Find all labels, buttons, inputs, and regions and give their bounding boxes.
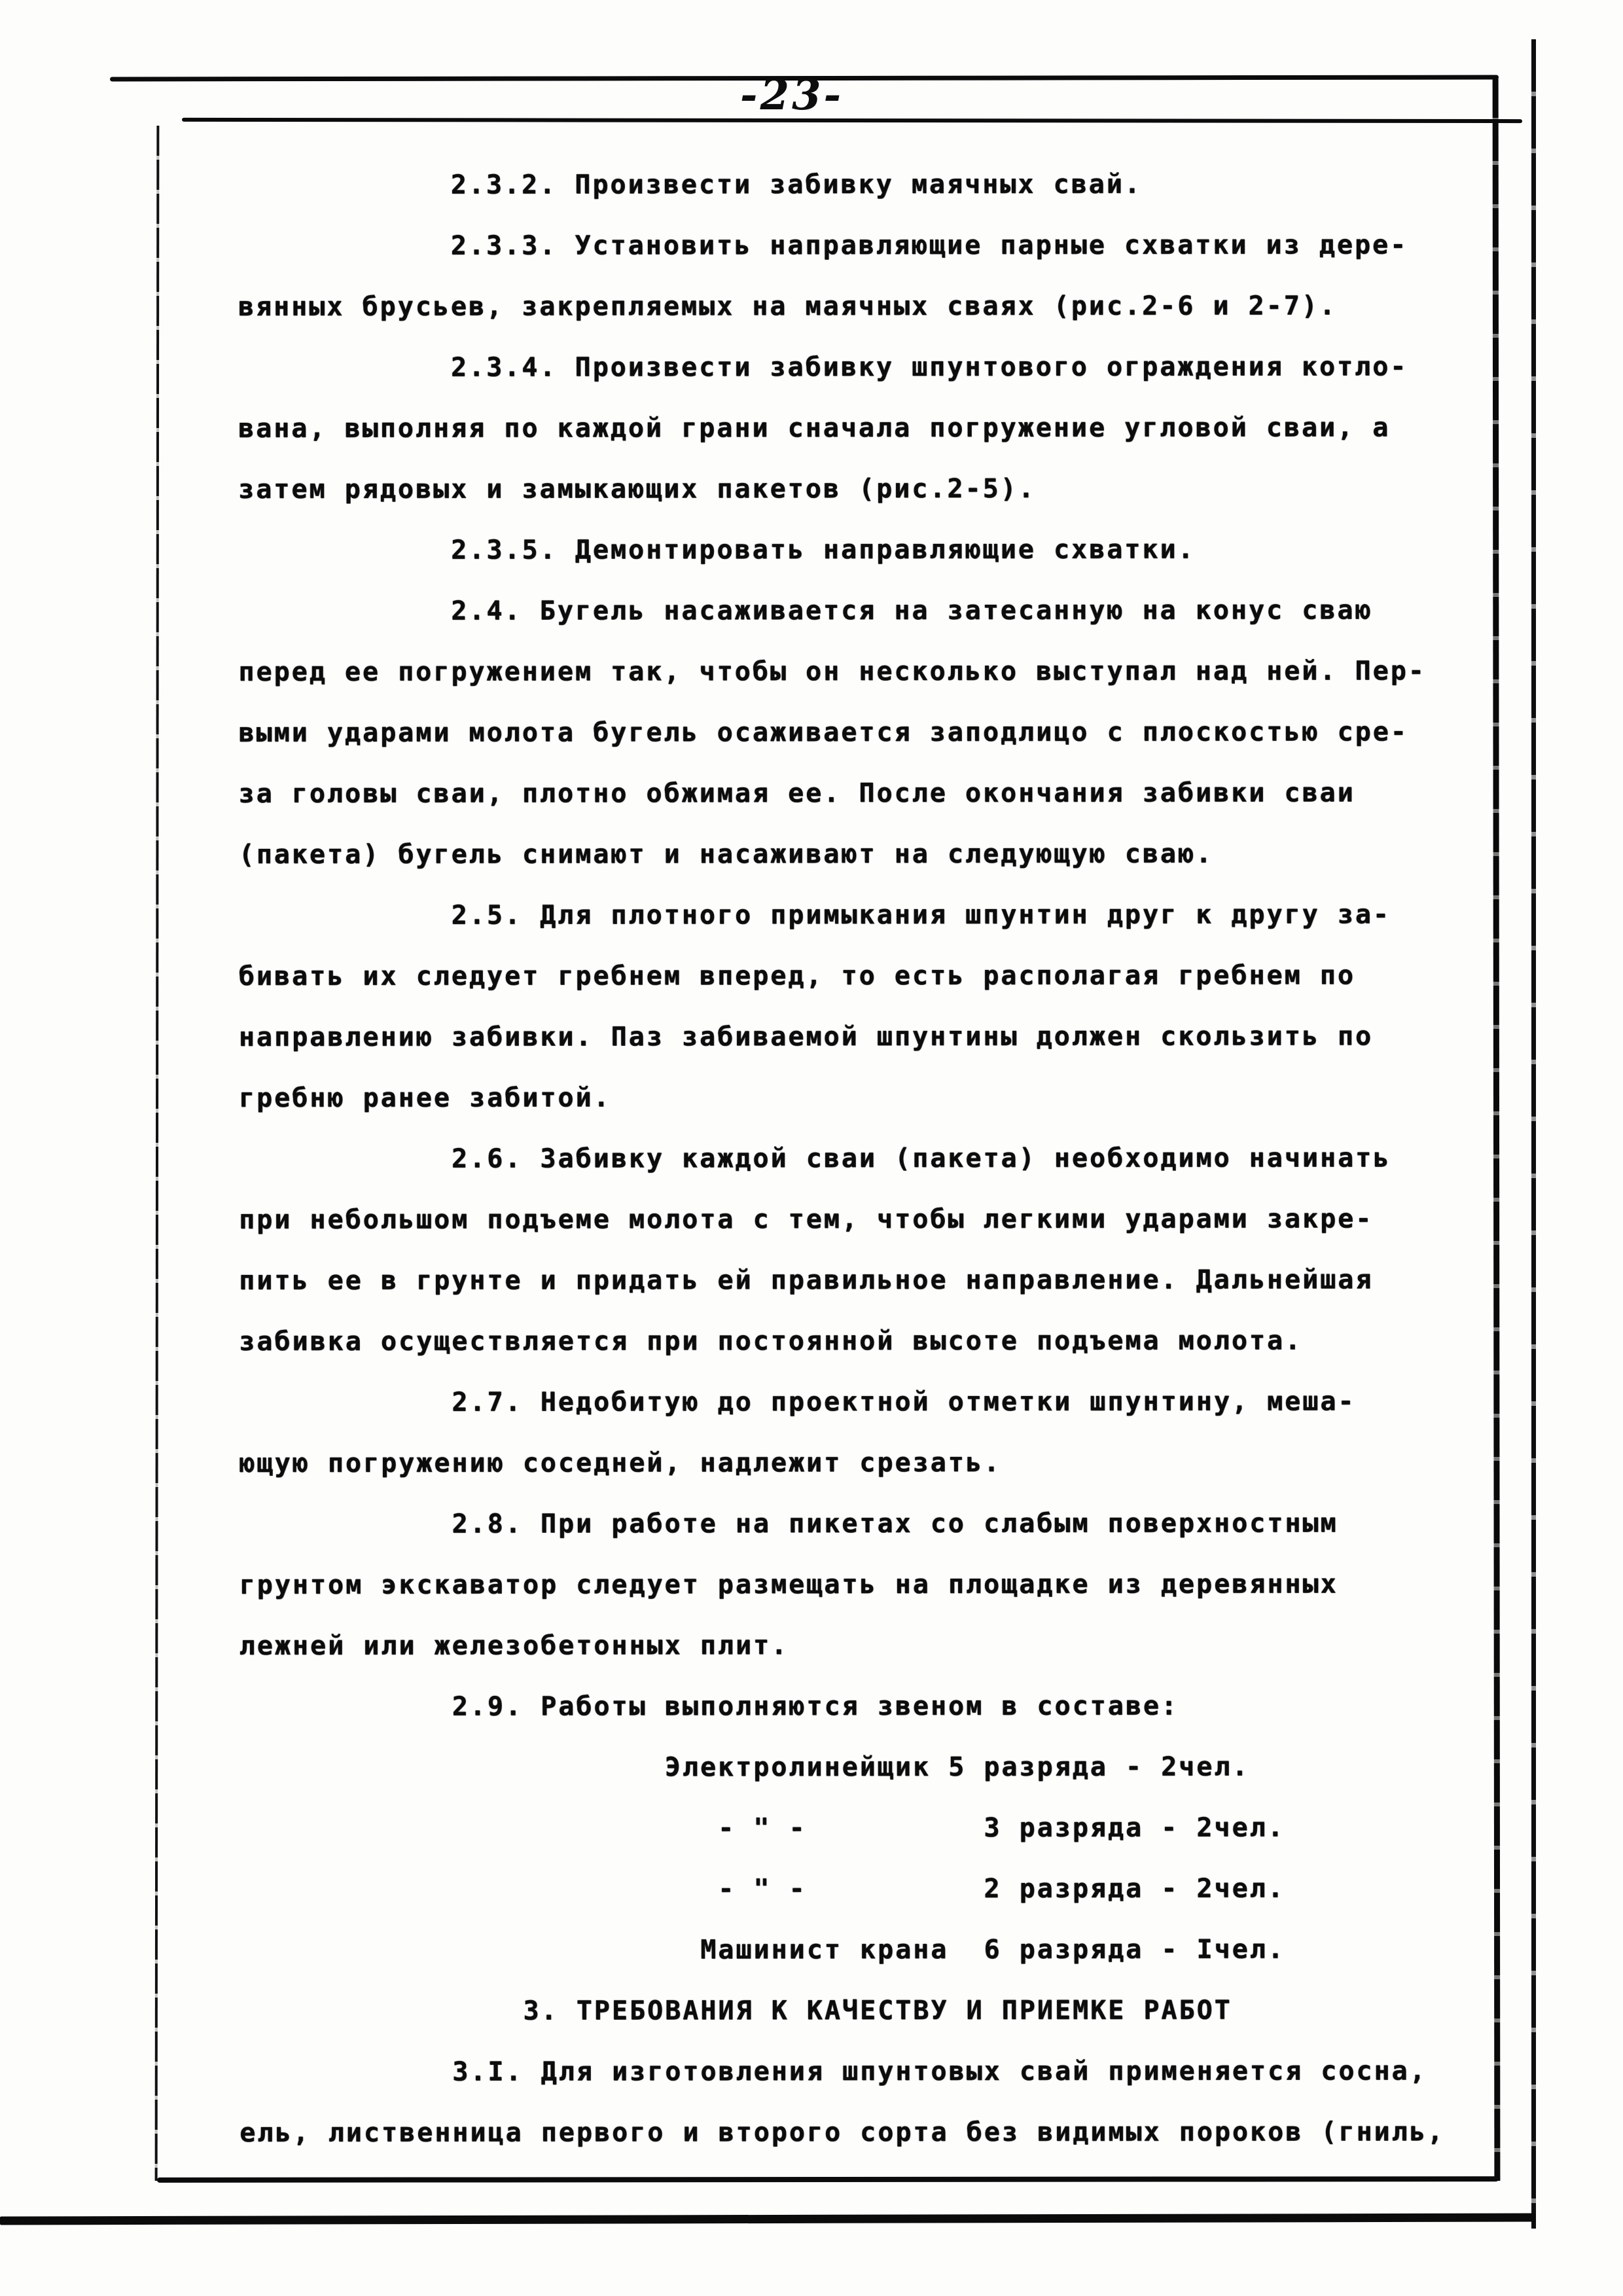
text-line: 2.6. Забивку каждой сваи (пакета) необхо… [239, 1128, 1522, 1190]
text-line: (пакета) бугель снимают и насаживают на … [239, 823, 1522, 886]
text-line: 2.3.5. Демонтировать направляющие схватк… [238, 519, 1521, 581]
text-line: 2.9. Работы выполняются звеном в составе… [240, 1676, 1522, 1738]
text-line: направлению забивки. Паз забиваемой шпун… [239, 1006, 1522, 1068]
text-line: 3.I. Для изготовления шпунтовых свай при… [240, 2041, 1522, 2103]
text-line: перед ее погружением так, чтобы он неско… [238, 641, 1521, 703]
text-body: 2.3.2. Произвести забивку маячных свай. … [238, 154, 1523, 2164]
bottom-rule [0, 2214, 1536, 2225]
text-line: - " - 2 разряда - 2чел. [240, 1858, 1522, 1920]
text-line: 2.4. Бугель насаживается на затесанную н… [238, 580, 1521, 642]
text-line: 2.8. При работе на пикетах со слабым пов… [239, 1493, 1522, 1555]
text-line: 2.3.2. Произвести забивку маячных свай. [238, 154, 1521, 216]
text-line: выми ударами молота бугель осаживается з… [238, 702, 1521, 764]
text-line: 2.3.3. Установить направляющие парные сх… [238, 215, 1521, 277]
text-line: ель, лиственница первого и второго сорта… [240, 2102, 1522, 2164]
top-rule-lower [182, 118, 1522, 123]
text-line: за головы сваи, плотно обжимая ее. После… [238, 762, 1521, 825]
text-line: 2.3.4. Произвести забивку шпунтового огр… [238, 336, 1521, 399]
text-line: забивка осуществляется при постоянной вы… [239, 1310, 1522, 1372]
text-line: 2.7. Недобитую до проектной отметки шпун… [239, 1371, 1522, 1433]
frame-bottom-border [157, 2176, 1499, 2183]
text-line: ющую погружению соседней, надлежит среза… [239, 1432, 1522, 1494]
text-line: 2.5. Для плотного примыкания шпунтин дру… [239, 884, 1522, 946]
text-line: гребню ранее забитой. [239, 1067, 1522, 1129]
text-line: лежней или железобетонных плит. [240, 1615, 1522, 1677]
text-line: Электролинейщик 5 разряда - 2чел. [240, 1736, 1522, 1799]
text-line: вянных брусьев, закрепляемых на маячных … [238, 276, 1521, 338]
page-number: -23- [694, 71, 890, 120]
text-line: 3. ТРЕБОВАНИЯ К КАЧЕСТВУ И ПРИЕМКЕ РАБОТ [240, 1980, 1522, 2042]
frame-right-outer-border [1531, 39, 1536, 2229]
text-line: затем рядовых и замыкающих пакетов (рис.… [238, 458, 1521, 520]
text-line: вана, выполняя по каждой грани сначала п… [238, 397, 1521, 459]
text-line: грунтом экскаватор следует размещать на … [240, 1554, 1522, 1616]
frame-left-border [155, 126, 160, 2181]
text-line: - " - 3 разряда - 2чел. [240, 1797, 1522, 1859]
text-line: Машинист крана 6 разряда - Iчел. [240, 1919, 1522, 1981]
text-line: бивать их следует гребнем вперед, то ест… [239, 945, 1522, 1007]
text-line: пить ее в грунте и придать ей правильное… [239, 1249, 1522, 1312]
scanned-page: -23- 2.3.2. Произвести забивку маячных с… [0, 0, 1623, 2296]
text-line: при небольшом подъеме молота с тем, чтоб… [239, 1189, 1522, 1251]
